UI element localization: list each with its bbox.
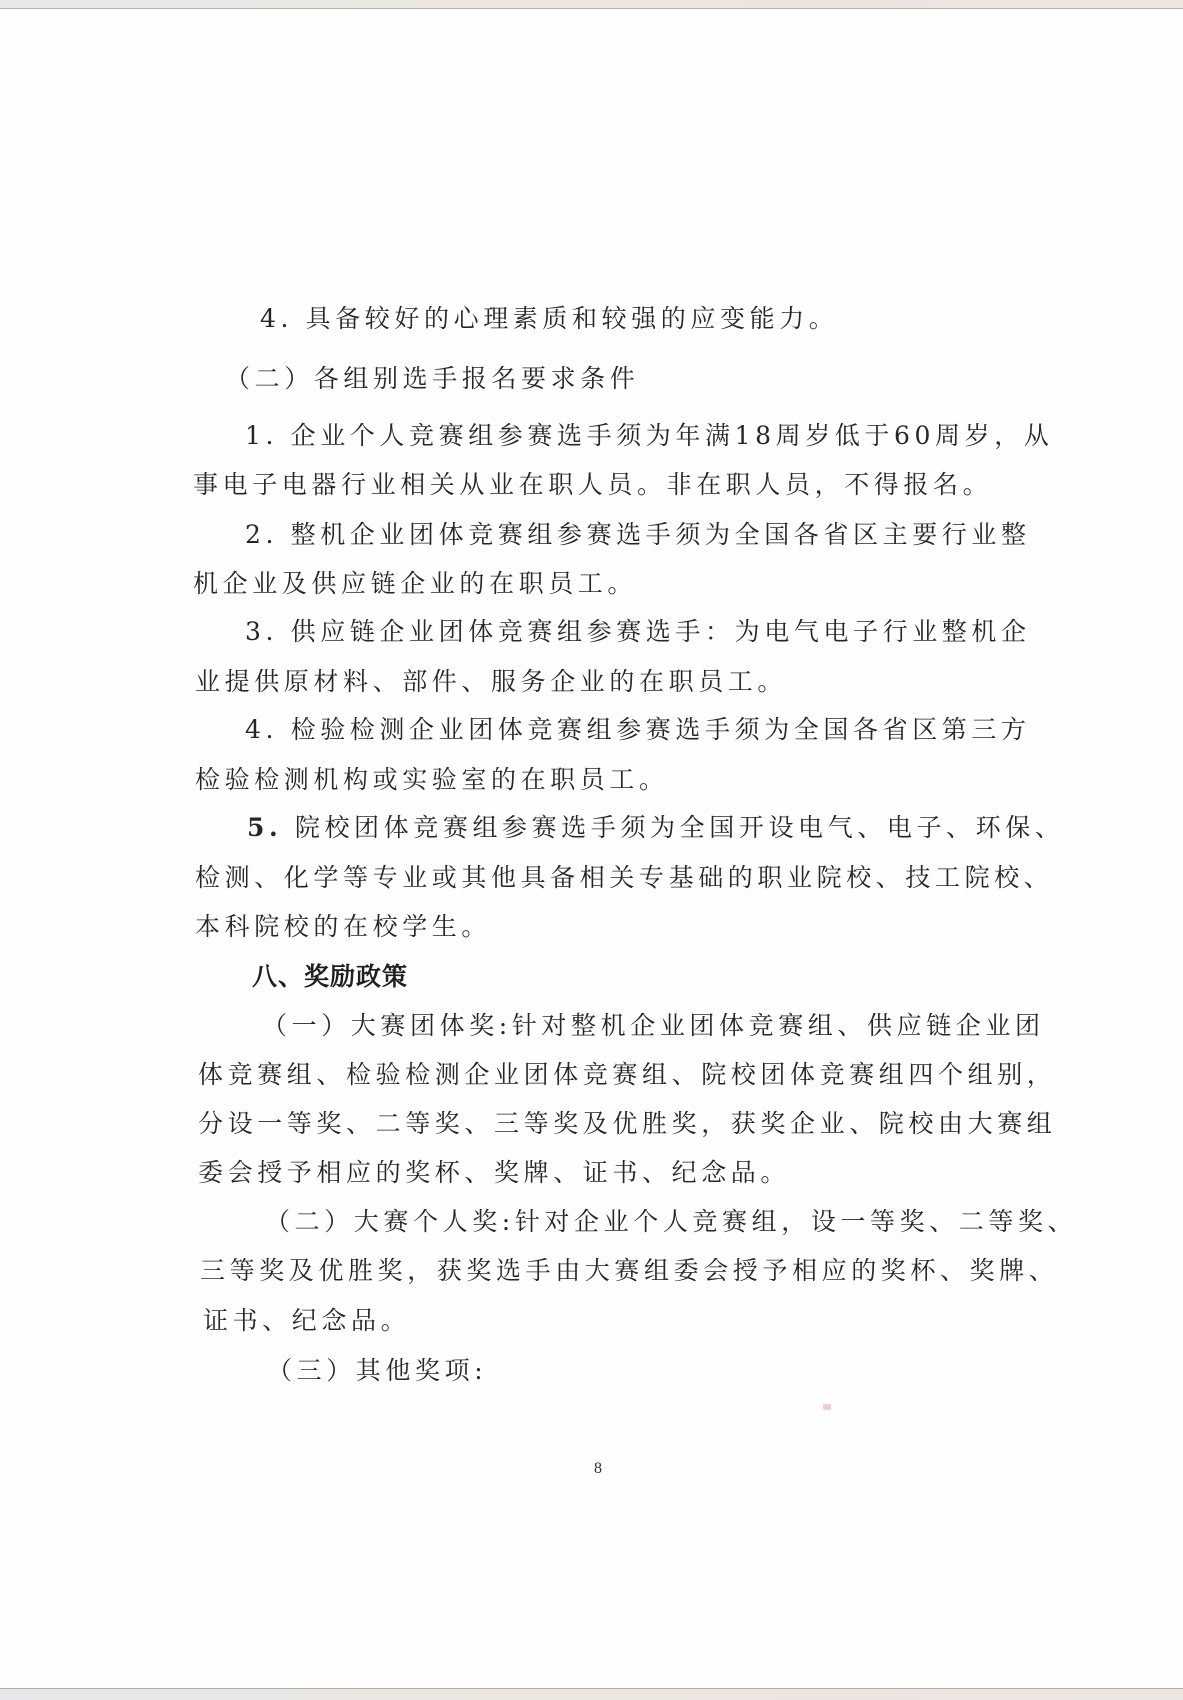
section-heading-registration-requirements: （二）各组别选手报名要求条件: [225, 364, 639, 394]
group-requirement-1-line-1: 1. 企业个人竞赛组参赛选手须为年满18周岁低于60周岁，从: [245, 421, 1053, 451]
award-individual-line-1: （二）大赛个人奖:针对企业个人竞赛组，设一等奖、二等奖、: [265, 1207, 1077, 1237]
award-individual-line-2: 三等奖及优胜奖，获奖选手由大赛组委会授予相应的奖杯、奖牌、: [200, 1256, 1058, 1286]
group-requirement-1-line-2: 事电子电器行业相关从业在职人员。非在职人员，不得报名。: [193, 470, 992, 500]
group-requirement-5-text: 院校团体竞赛组参赛选手须为全国开设电气、电子、环保、: [295, 813, 1065, 842]
viewer-bottom-edge: [0, 1688, 1183, 1700]
viewer-top-edge: [0, 0, 1183, 9]
group-requirement-4-line-2: 检验检测机构或实验室的在职员工。: [195, 765, 669, 795]
group-requirement-5-line-1: 5. 院校团体竞赛组参赛选手须为全国开设电气、电子、环保、: [247, 813, 1064, 843]
award-team-line-4: 委会授予相应的奖杯、奖牌、证书、纪念品。: [198, 1158, 790, 1188]
item-number-5: 5.: [247, 813, 282, 842]
document-page: [0, 9, 1183, 1688]
award-team-line-1: （一）大赛团体奖:针对整机企业团体竞赛组、供应链企业团: [262, 1011, 1045, 1041]
award-individual-line-3: 证书、纪念品。: [203, 1306, 410, 1336]
group-requirement-3-line-2: 业提供原材料、部件、服务企业的在职员工。: [195, 667, 787, 697]
group-requirement-3-line-1: 3. 供应链企业团体竞赛组参赛选手：为电气电子行业整机企: [245, 617, 1031, 647]
section-heading-award-policy: 八、奖励政策: [252, 962, 408, 992]
group-requirement-4-line-1: 4. 检验检测企业团体竞赛组参赛选手须为全国各省区第三方: [245, 715, 1031, 745]
page-number: 8: [594, 1460, 602, 1478]
award-other-heading: （三）其他奖项:: [267, 1356, 487, 1386]
award-team-line-2: 体竞赛组、检验检测企业团体竞赛组、院校团体竞赛组四个组别，: [198, 1060, 1056, 1090]
group-requirement-2-line-1: 2. 整机企业团体竞赛组参赛选手须为全国各省区主要行业整: [245, 520, 1031, 550]
group-requirement-5-line-2: 检测、化学等专业或其他具备相关专基础的职业院校、技工院校、: [195, 863, 1053, 893]
award-team-line-3: 分设一等奖、二等奖、三等奖及优胜奖，获奖企业、院校由大赛组: [198, 1109, 1056, 1139]
stamp-fragment: [823, 1404, 831, 1410]
group-requirement-2-line-2: 机企业及供应链企业的在职员工。: [193, 569, 637, 599]
group-requirement-5-line-3: 本科院校的在校学生。: [195, 912, 491, 942]
requirement-item-4: 4. 具备较好的心理素质和较强的应变能力。: [260, 304, 838, 334]
